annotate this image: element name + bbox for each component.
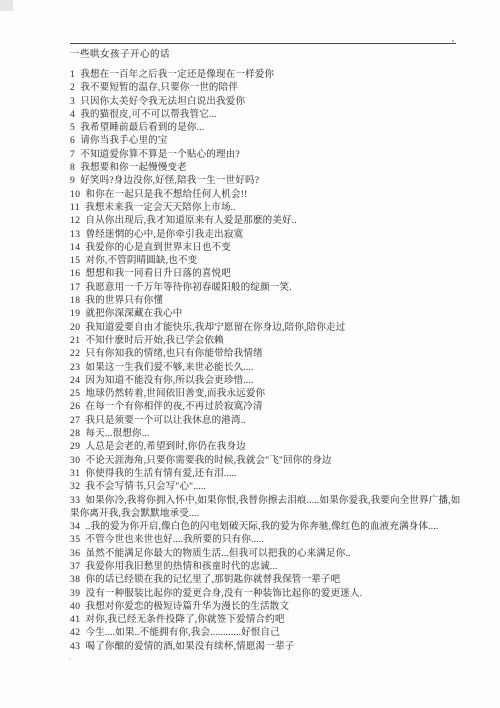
quote-text: 如果这一生我们爱不够,来世必能长久.... — [86, 363, 254, 373]
quote-number: 36 — [70, 549, 81, 559]
quote-number: 28 — [70, 429, 81, 439]
quote-text: 只有你知我的情绪,也只有你能带给我情绪 — [86, 349, 263, 359]
quote-text: 地球仍然转着,世间依旧善变,而我永远爱你 — [86, 389, 266, 399]
quote-text: 今生....如果..不能拥有你,我会............好恨自己 — [86, 628, 280, 638]
quote-row: 32我不会写情书,只会写"心"..... — [70, 481, 465, 494]
quote-number: 32 — [70, 482, 81, 492]
quote-row: 10和你在一起只是我不想给任何人机会!! — [70, 189, 465, 202]
quote-row: 9好笑吗?身边没你,好怪,陪我一生一世好吗? — [70, 175, 465, 188]
quote-number: 7 — [70, 150, 75, 160]
rule-dot — [452, 40, 454, 42]
quote-row: 33如果你冷,我将你拥入怀中,如果你恨,我替你擦去泪痕.....如果你爱我,我要… — [70, 495, 465, 522]
quote-number: 35 — [70, 535, 81, 545]
quote-text: 我想要和你一起慢慢变老 — [80, 163, 187, 173]
quote-text: 我不会写情书,只会写"心"..... — [86, 482, 207, 492]
quote-text: 我想对你爱恋的极短诗篇升华为漫长的生活散文 — [86, 602, 290, 612]
quote-row: 38你的话已经锁在我的记忆里了,那钥匙你就替我保管一辈子吧 — [70, 574, 465, 587]
quote-text: 你的话已经锁在我的记忆里了,那钥匙你就替我保管一辈子吧 — [86, 575, 341, 585]
quote-number: 27 — [70, 416, 81, 426]
quote-row: 31你使得我的生活有情有爱,还有泪..... — [70, 468, 465, 481]
quote-text: 不知道爱你算不算是一个贴心的理由? — [80, 150, 240, 160]
quote-number: 42 — [70, 628, 81, 638]
quote-number: 25 — [70, 389, 81, 399]
quote-number: 21 — [70, 336, 81, 346]
quote-text: 我爱你的心是直到世界末日也不变 — [86, 243, 232, 253]
quote-text: 只因你太美好令我无法坦白说出我爱你 — [80, 97, 245, 107]
quote-row: 2我不要短暂的温存,只要你一世的陪伴 — [70, 82, 465, 95]
quote-text: 对你,我已经无条件投降了,你就签下爱情合约吧 — [86, 615, 285, 625]
quote-number: 24 — [70, 376, 81, 386]
quote-text: 我知道爱要自由才能快乐,我却宁愿留在你身边,陪你,陪你走过 — [86, 323, 346, 333]
quote-number: 2 — [70, 83, 75, 93]
quote-number: 4 — [70, 110, 75, 120]
quote-number: 33 — [70, 496, 81, 506]
quote-number: 26 — [70, 402, 81, 412]
quote-text: 好笑吗?身边没你,好怪,陪我一生一世好吗? — [80, 176, 259, 186]
quote-row: 15对你,不管阴晴圆缺,也不变 — [70, 255, 465, 268]
quote-number: 29 — [70, 442, 81, 452]
quote-text: 想想和我一同看日升日落的喜悦吧 — [86, 269, 232, 279]
quote-text: 人总是会老的,希望到时,你仍在我身边 — [86, 442, 246, 452]
quote-number: 16 — [70, 269, 81, 279]
quote-row: 27我只是须要一个可以让我休息的港湾.. — [70, 415, 465, 428]
quote-number: 11 — [70, 203, 80, 213]
quote-text: 不管今世也来世也好....我所要的只有你..... — [86, 535, 264, 545]
quote-text: 就把你深深藏在我心中 — [86, 309, 183, 319]
quote-row: 34..我的爱为你开启,像白色的闪电划破天际,我的爱为你奔驰,像红色的血液充满身… — [70, 521, 465, 534]
quote-row: 5我希望睡前最后看到的是你... — [70, 122, 465, 135]
quote-text: 如果你冷,我将你拥入怀中,如果你恨,我替你擦去泪痕.....如果你爱我,我要向全… — [70, 496, 460, 519]
quote-row: 1我想在一百年之后我一定还是像现在一样爱你 — [70, 69, 465, 82]
quote-number: 9 — [70, 176, 75, 186]
quote-number: 1 — [70, 70, 75, 80]
quote-row: 12自从你出现后,我才知道原来有人爱是那麽的美好.. — [70, 215, 465, 228]
quote-row: 28每天...很想你... — [70, 428, 465, 441]
quote-row: 26在每一个有你相伴的夜,不再过於寂寞冷清 — [70, 401, 465, 414]
quote-number: 43 — [70, 642, 81, 652]
quote-row: 3只因你太美好令我无法坦白说出我爱你 — [70, 96, 465, 109]
quote-number: 40 — [70, 602, 81, 612]
quote-text: 请你当我手心里的宝 — [80, 136, 167, 146]
footer-faint-mark: ' — [69, 657, 71, 668]
title-rule — [70, 43, 456, 44]
quote-number: 8 — [70, 163, 75, 173]
quote-number: 10 — [70, 190, 81, 200]
quote-row: 42今生....如果..不能拥有你,我会............好恨自己 — [70, 627, 465, 640]
quote-text: 你使得我的生活有情有爱,还有泪..... — [86, 469, 237, 479]
quote-row: 4我的猫很皮,可不可以帮我管它... — [70, 109, 465, 122]
quote-row: 13曾经迷惘的心中,是你牵引我走出寂寞 — [70, 229, 465, 242]
quote-text: 自从你出现后,我才知道原来有人爱是那麽的美好.. — [86, 216, 297, 226]
quote-text: 我爱你用我旧愁里的热情和孩童时代的忠诚... — [86, 562, 278, 572]
quote-text: 我想未来我一定会天天陪你上市场.. — [85, 203, 236, 213]
quote-number: 31 — [70, 469, 81, 479]
quote-row: 39没有一种服装比起你的爱更合身,没有一种装饰比起你的爱更迷人. — [70, 588, 465, 601]
scan-corner-artifact — [0, 0, 13, 11]
quote-row: 25地球仍然转着,世间依旧善变,而我永远爱你 — [70, 388, 465, 401]
quote-row: 14我爱你的心是直到世界末日也不变 — [70, 242, 465, 255]
quote-number: 39 — [70, 589, 81, 599]
quote-number: 20 — [70, 323, 81, 333]
quote-text: 喝了你酿的爱情的酒,如果没有续杯,情愿渴一辈子 — [86, 642, 295, 652]
quote-row: 6请你当我手心里的宝 — [70, 135, 465, 148]
quote-text: 对你,不管阴晴圆缺,也不变 — [86, 256, 198, 266]
quote-number: 41 — [70, 615, 81, 625]
quote-row: 17我愿意用一千万年等待你初春暖阳般的绽颜一笑. — [70, 282, 465, 295]
quote-text: ..我的爱为你开启,像白色的闪电划破天际,我的爱为你奔驰,像红色的血液充满身体.… — [86, 522, 439, 532]
quote-text: 我希望睡前最后看到的是你... — [80, 123, 204, 133]
quote-number: 30 — [70, 456, 81, 466]
quote-number: 12 — [70, 216, 81, 226]
quote-text: 不论天涯海角,只要你需要我的时候,我就会"飞"回你的身边 — [86, 456, 332, 466]
quote-number: 14 — [70, 243, 81, 253]
quote-text: 和你在一起只是我不想给任何人机会!! — [86, 190, 248, 200]
quote-text: 曾经迷惘的心中,是你牵引我走出寂寞 — [86, 230, 244, 240]
quote-number: 23 — [70, 363, 81, 373]
quote-text: 我愿意用一千万年等待你初春暖阳般的绽颜一笑. — [86, 283, 292, 293]
quote-text: 因为知道不能没有你,所以我会更珍惜.... — [86, 376, 254, 386]
quote-number: 19 — [70, 309, 81, 319]
quote-row: 36虽然不能满足你最大的物质生活...但我可以把我的心来满足你.. — [70, 548, 465, 561]
quote-row: 18我的世界只有你懂 — [70, 295, 465, 308]
quote-number: 34 — [70, 522, 81, 532]
quote-number: 5 — [70, 123, 75, 133]
quote-row: 8我想要和你一起慢慢变老 — [70, 162, 465, 175]
quote-number: 18 — [70, 296, 81, 306]
quote-number: 38 — [70, 575, 81, 585]
quote-text: 我不要短暂的温存,只要你一世的陪伴 — [80, 83, 238, 93]
quote-text: 在每一个有你相伴的夜,不再过於寂寞冷清 — [86, 402, 263, 412]
quote-row: 20我知道爱要自由才能快乐,我却宁愿留在你身边,陪你,陪你走过 — [70, 322, 465, 335]
quote-row: 7不知道爱你算不算是一个贴心的理由? — [70, 149, 465, 162]
quote-row: 29人总是会老的,希望到时,你仍在我身边 — [70, 441, 465, 454]
quote-row: 37我爱你用我旧愁里的热情和孩童时代的忠诚... — [70, 561, 465, 574]
quote-text: 我只是须要一个可以让我休息的港湾.. — [86, 416, 246, 426]
quote-list: 1我想在一百年之后我一定还是像现在一样爱你2我不要短暂的温存,只要你一世的陪伴3… — [70, 69, 465, 654]
quote-text: 我想在一百年之后我一定还是像现在一样爱你 — [80, 70, 274, 80]
quote-number: 13 — [70, 230, 81, 240]
quote-row: 43喝了你酿的爱情的酒,如果没有续杯,情愿渴一辈子 — [70, 641, 465, 654]
quote-row: 11我想未来我一定会天天陪你上市场.. — [70, 202, 465, 215]
quote-row: 16想想和我一同看日升日落的喜悦吧 — [70, 268, 465, 281]
quote-row: 40我想对你爱恋的极短诗篇升华为漫长的生活散文 — [70, 601, 465, 614]
quote-row: 21不知什麽时后开始,我已学会依赖 — [70, 335, 465, 348]
quote-row: 35不管今世也来世也好....我所要的只有你..... — [70, 534, 465, 547]
quote-number: 22 — [70, 349, 81, 359]
quote-text: 每天...很想你... — [86, 429, 150, 439]
quote-row: 23如果这一生我们爱不够,来世必能长久.... — [70, 362, 465, 375]
quote-text: 不知什麽时后开始,我已学会依赖 — [86, 336, 224, 346]
quote-number: 37 — [70, 562, 81, 572]
quote-row: 30不论天涯海角,只要你需要我的时候,我就会"飞"回你的身边 — [70, 455, 465, 468]
quote-text: 虽然不能满足你最大的物质生活...但我可以把我的心来满足你.. — [86, 549, 351, 559]
quote-number: 17 — [70, 283, 81, 293]
page-title: 一些哄女孩子开心的话 — [70, 46, 170, 60]
quote-text: 我的世界只有你懂 — [86, 296, 164, 306]
quote-number: 3 — [70, 97, 75, 107]
quote-text: 没有一种服装比起你的爱更合身,没有一种装饰比起你的爱更迷人. — [86, 589, 363, 599]
quote-row: 19就把你深深藏在我心中 — [70, 308, 465, 321]
document-page: 一些哄女孩子开心的话 1我想在一百年之后我一定还是像现在一样爱你2我不要短暂的温… — [0, 0, 500, 708]
quote-row: 22只有你知我的情绪,也只有你能带给我情绪 — [70, 348, 465, 361]
quote-text: 我的猫很皮,可不可以帮我管它... — [80, 110, 216, 120]
quote-number: 15 — [70, 256, 81, 266]
quote-number: 6 — [70, 136, 75, 146]
quote-row: 41对你,我已经无条件投降了,你就签下爱情合约吧 — [70, 614, 465, 627]
quote-row: 24因为知道不能没有你,所以我会更珍惜.... — [70, 375, 465, 388]
